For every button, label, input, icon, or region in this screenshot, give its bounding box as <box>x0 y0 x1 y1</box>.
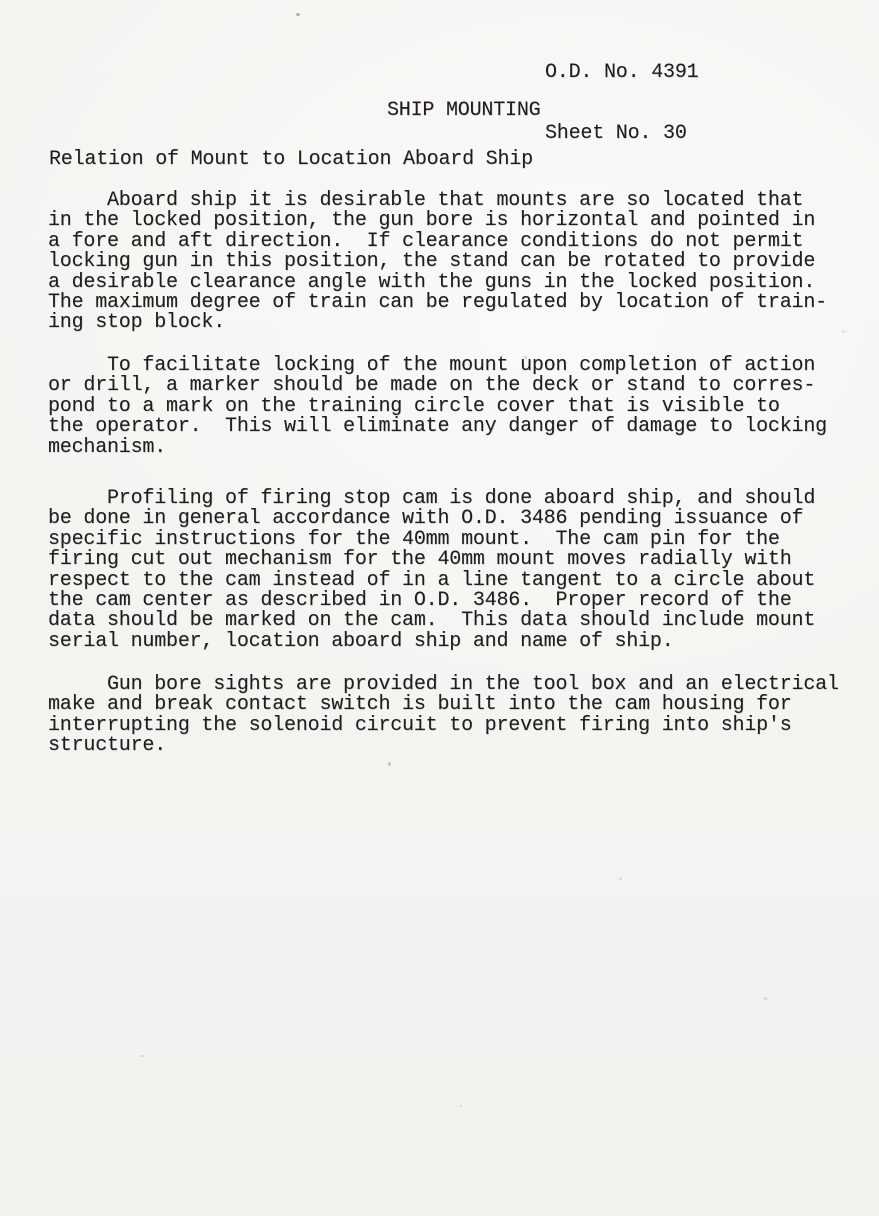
scan-speck <box>460 1105 462 1107</box>
scan-speck <box>524 356 527 359</box>
scan-speck <box>764 997 767 1000</box>
section-heading: Relation of Mount to Location Aboard Shi… <box>49 150 533 170</box>
paragraph-locking-marker: To facilitate locking of the mount upon … <box>48 356 827 458</box>
scan-speck <box>388 762 391 766</box>
scan-speck <box>296 13 300 16</box>
scan-speck <box>68 612 70 614</box>
paragraph-gun-bore-sights: Gun bore sights are provided in the tool… <box>48 675 839 757</box>
od-number: O.D. No. 4391 <box>545 63 698 83</box>
paragraph-firing-stop-cam: Profiling of firing stop cam is done abo… <box>48 489 815 652</box>
scan-speck <box>619 877 622 880</box>
document-page: O.D. No. 4391 Sheet No. 30 SHIP MOUNTING… <box>0 0 879 1216</box>
sheet-number: Sheet No. 30 <box>545 124 698 144</box>
scan-speck <box>842 330 845 333</box>
scan-speck <box>140 1055 145 1057</box>
document-header: O.D. No. 4391 Sheet No. 30 <box>545 22 698 185</box>
paragraph-mount-location: Aboard ship it is desirable that mounts … <box>48 191 827 334</box>
page-title: SHIP MOUNTING <box>387 101 540 121</box>
